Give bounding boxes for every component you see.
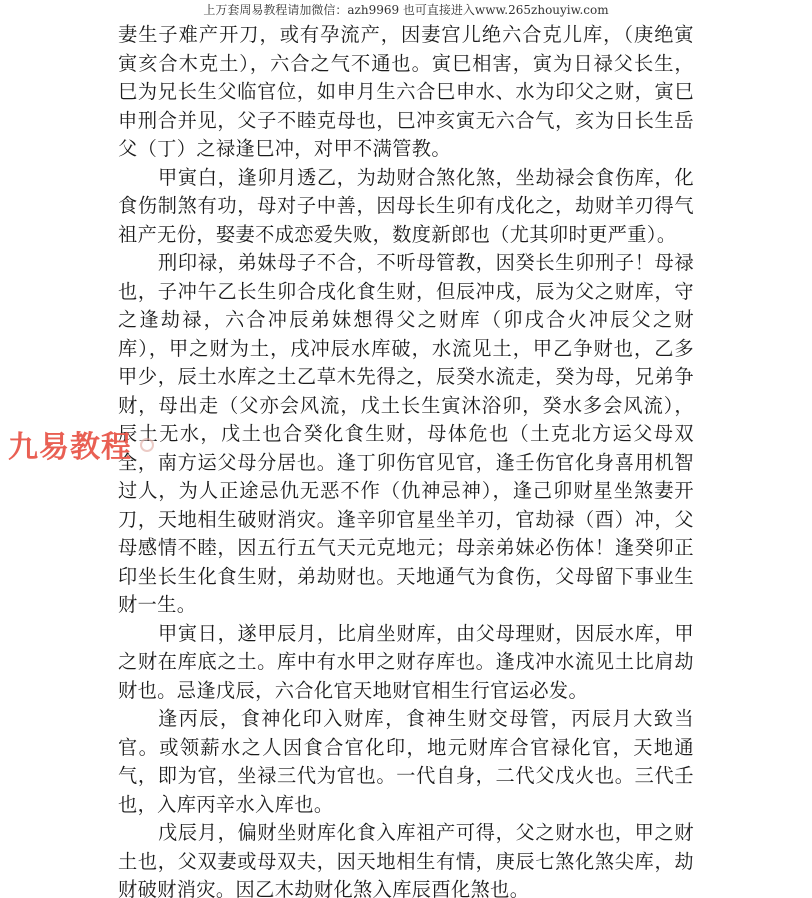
paragraph: 甲寅白，逢卯月透乙，为劫财合煞化煞，坐劫禄会食伤库，化食伤制煞有功，母对子中善，…: [118, 164, 694, 250]
paragraph: 刑印禄，弟妹母子不合，不听母管教，因癸长生卯刑子！母禄也，子冲午乙长生卯合戌化食…: [118, 249, 694, 620]
paragraph: 戊辰月，偏财坐财库化食入库祖产可得，父之财水也，甲之财土也，父双妻或母双夫，因天…: [118, 819, 694, 898]
paragraph: 妻生子难产开刀，或有孕流产，因妻宫儿绝六合克儿库，（庚绝寅寅亥合木克土），六合之…: [118, 21, 694, 164]
header-watermark-note: 上万套周易教程请加微信：azh9969 也可直接进入www.265zhouyiw…: [0, 3, 812, 17]
paragraph: 逢丙辰，食神化印入财库，食神生财交母管，丙辰月大致当官。或领薪水之人因食合官化印…: [118, 705, 694, 819]
document-body: 妻生子难产开刀，或有孕流产，因妻宫儿绝六合克儿库，（庚绝寅寅亥合木克土），六合之…: [118, 21, 694, 898]
watermark-circle-icon: [140, 438, 154, 452]
paragraph: 甲寅日，遂甲辰月，比肩坐财库，由父母理财，因辰水库，甲之财在库底之土。库中有水甲…: [118, 620, 694, 706]
watermark-logo: 九易教程: [8, 428, 132, 468]
